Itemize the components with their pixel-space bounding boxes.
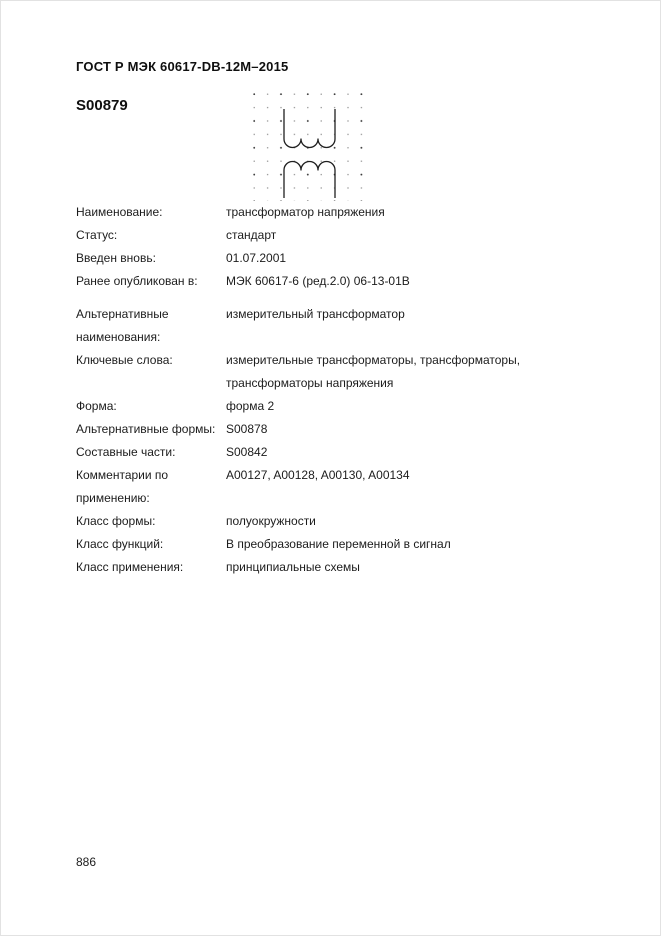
transformer-two-windings-icon [253, 93, 371, 201]
field-label: Ранее опубликован в: [76, 270, 226, 293]
field-label: Составные части: [76, 441, 226, 464]
field-row: Класс формы: полуокружности [76, 510, 581, 533]
field-label: Наименование: [76, 201, 226, 224]
field-label: Ключевые слова: [76, 349, 226, 372]
field-row: Альтернативные формы: S00878 [76, 418, 581, 441]
field-row: Наименование: трансформатор напряжения [76, 201, 581, 224]
field-value: МЭК 60617-6 (ред.2.0) 06-13-01B [226, 270, 561, 293]
field-label: Класс формы: [76, 510, 226, 533]
field-value: форма 2 [226, 395, 561, 418]
field-row: Статус: стандарт [76, 224, 581, 247]
field-label: Статус: [76, 224, 226, 247]
field-value: В преобразование переменной в сигнал [226, 533, 561, 556]
field-value: измерительный трансформатор [226, 303, 561, 326]
field-row: Введен вновь: 01.07.2001 [76, 247, 581, 270]
field-value: трансформатор напряжения [226, 201, 561, 224]
field-row: Составные части: S00842 [76, 441, 581, 464]
page-number: 886 [76, 854, 96, 870]
field-label: Альтернативные наименования: [76, 303, 226, 349]
fields-list: Наименование: трансформатор напряжения С… [76, 201, 581, 579]
document-title: ГОСТ Р МЭК 60617-DB-12M–2015 [76, 59, 288, 74]
field-label: Класс функций: [76, 533, 226, 556]
field-value: стандарт [226, 224, 561, 247]
field-value: S00842 [226, 441, 561, 464]
field-row: Комментарии по применению: A00127, A0012… [76, 464, 581, 510]
field-value: S00878 [226, 418, 561, 441]
field-value: измерительные трансформаторы, трансформа… [226, 349, 561, 395]
field-label: Альтернативные формы: [76, 418, 226, 441]
field-label: Введен вновь: [76, 247, 226, 270]
symbol-id: S00879 [76, 97, 128, 114]
field-row: Класс применения: принципиальные схемы [76, 556, 581, 579]
field-value: принципиальные схемы [226, 556, 561, 579]
field-label: Класс применения: [76, 556, 226, 579]
field-label: Форма: [76, 395, 226, 418]
field-row: Класс функций: В преобразование переменн… [76, 533, 581, 556]
symbol-figure [253, 93, 371, 201]
field-label: Комментарии по применению: [76, 464, 226, 510]
field-value: полуокружности [226, 510, 561, 533]
field-row: Ключевые слова: измерительные трансформа… [76, 349, 581, 395]
field-row: Форма: форма 2 [76, 395, 581, 418]
field-row: Ранее опубликован в: МЭК 60617-6 (ред.2.… [76, 270, 581, 293]
field-row: Альтернативные наименования: измерительн… [76, 303, 581, 349]
document-page: ГОСТ Р МЭК 60617-DB-12M–2015 S00879 Наим… [0, 0, 661, 936]
field-value: 01.07.2001 [226, 247, 561, 270]
field-value: A00127, A00128, A00130, A00134 [226, 464, 561, 487]
